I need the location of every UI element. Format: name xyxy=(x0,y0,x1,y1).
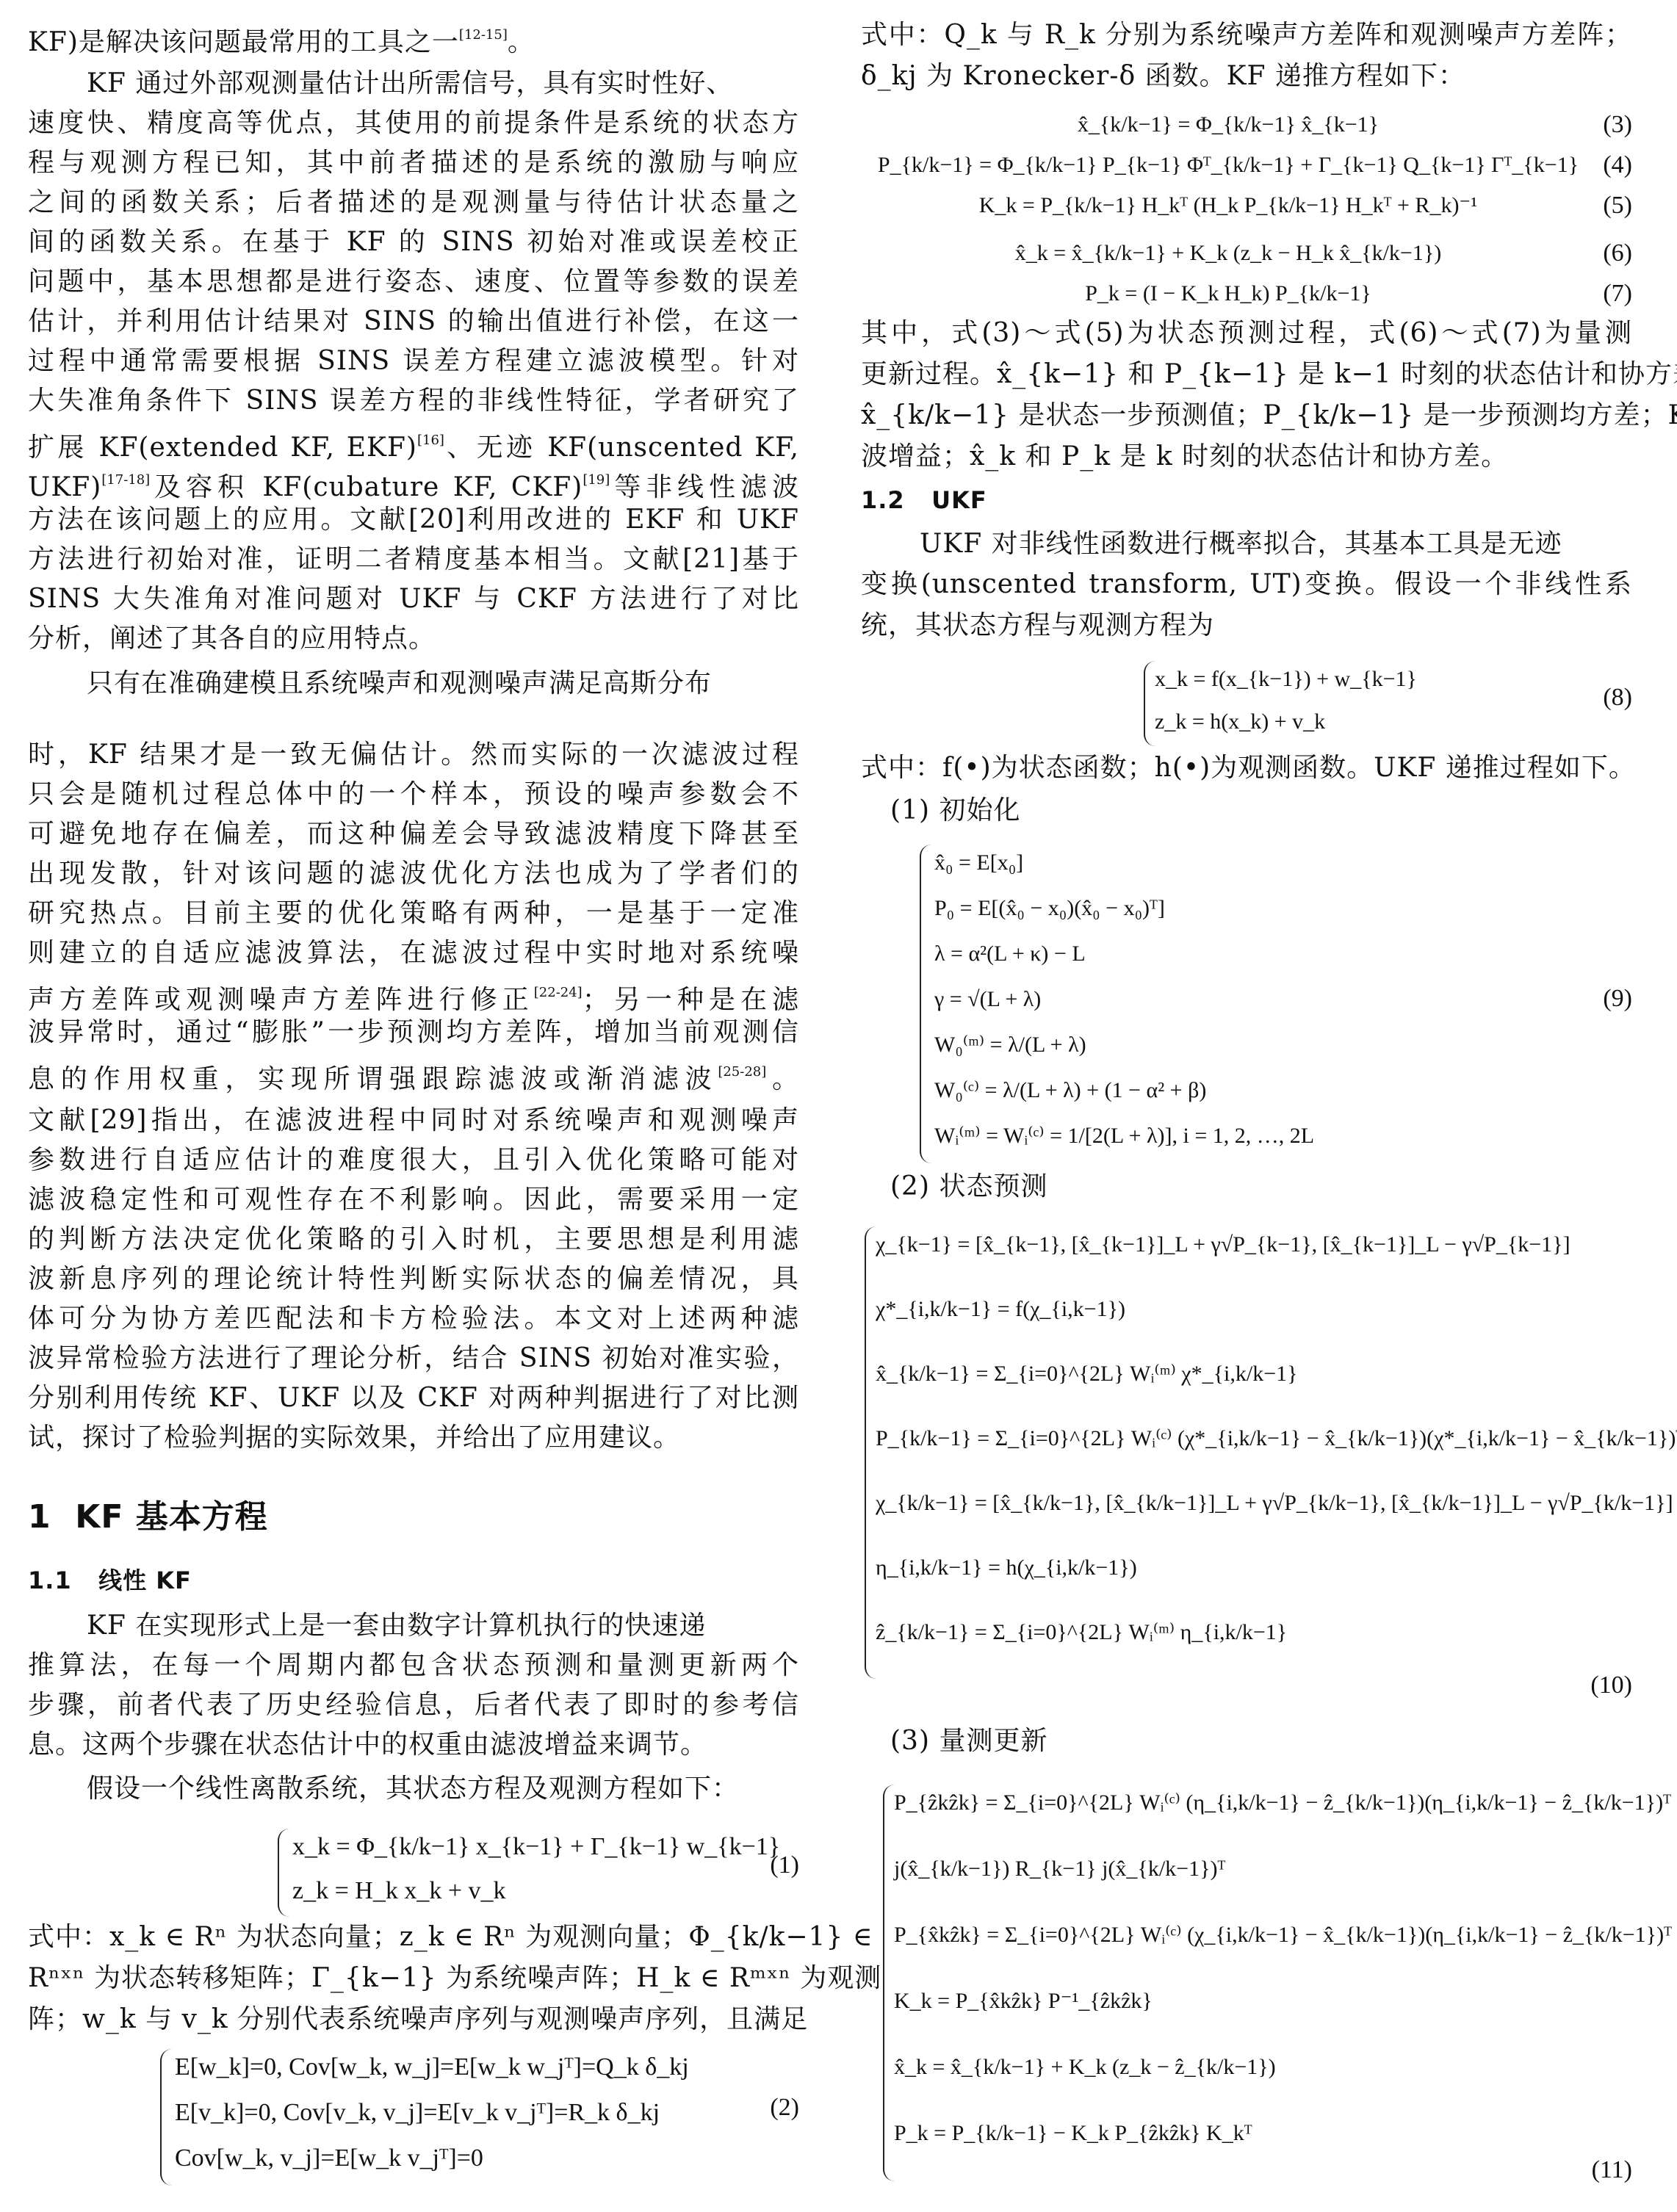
line-text: 波异常时，通过“膨胀”一步预测均方差阵，增加当前观测信 xyxy=(28,1017,799,1047)
equation-line: P_k = P_{k/k−1} − K_k P_{ẑkẑk} K_kᵀ xyxy=(894,2115,1252,2152)
equation-number: (4) xyxy=(1603,147,1632,184)
text-line: 出现发散，针对该问题的滤波优化方法也成为了学者们的 xyxy=(28,855,799,893)
section-heading: 1 KF 基本方程 xyxy=(28,1498,268,1536)
equation-line: x_k = f(x_{k−1}) + w_{k−1} xyxy=(1155,661,1417,698)
text-line: 体可分为协方差匹配法和卡方检验法。本文对上述两种滤 xyxy=(28,1300,799,1338)
text-line: 大失准角条件下 SINS 误差方程的非线性特征，学者研究了 xyxy=(28,382,799,420)
text-line: 分别利用传统 KF、UKF 以及 CKF 对两种判据进行了对比测 xyxy=(28,1379,799,1417)
line-text: 滤波稳定性和可观性存在不利影响。因此，需要采用一定 xyxy=(28,1185,799,1215)
line-text: 速度快、精度高等优点，其使用的前提条件是系统的状态方 xyxy=(28,108,799,138)
line-text: 阵；w_k 与 v_k 分别代表系统噪声序列与观测噪声序列，且满足 xyxy=(28,2004,808,2034)
equation-line: P₀ = E[(x̂₀ − x₀)(x̂₀ − x₀)ᵀ] xyxy=(934,890,1165,927)
line-text: 、无迹 KF(unscented KF, xyxy=(444,433,799,463)
equation-brace xyxy=(865,1226,876,1679)
line-text: ；另一种是在滤 xyxy=(583,985,799,1015)
text-line: 间的函数关系。在基于 KF 的 SINS 初始对准或误差校正 xyxy=(28,223,799,261)
line-text: 步骤，前者代表了历史经验信息，后者代表了即时的参考信 xyxy=(28,1690,799,1720)
line-text: 推算法，在每一个周期内都包含状态预测和量测更新两个 xyxy=(28,1650,799,1680)
equation-line: W₀⁽ᶜ⁾ = λ/(L + λ) + (1 − α² + β) xyxy=(934,1072,1206,1109)
citation: [12-15] xyxy=(459,27,508,43)
text-line: 研究热点。目前主要的优化策略有两种，一是基于一定准 xyxy=(28,894,799,933)
line-text: 的判断方法决定优化策略的引入时机，主要思想是利用滤 xyxy=(28,1224,799,1254)
text-line: 过程中通常需要根据 SINS 误差方程建立滤波模型。针对 xyxy=(28,342,799,380)
text-line: 分析，阐述了其各自的应用特点。 xyxy=(28,620,436,658)
citation: [16] xyxy=(417,433,444,448)
equation-brace xyxy=(160,2049,172,2186)
text-line: 推算法，在每一个周期内都包含状态预测和量测更新两个 xyxy=(28,1647,799,1685)
equation-line: x̂_{k/k−1} = Φ_{k/k−1} x̂_{k−1} xyxy=(861,106,1595,143)
equation-line: x_k = Φ_{k/k−1} x_{k−1} + Γ_{k−1} w_{k−1… xyxy=(292,1829,780,1865)
text-line: 波增益；x̂_k 和 P_k 是 k 时刻的状态估计和协方差。 xyxy=(861,438,1508,476)
step-label: (2) 状态预测 xyxy=(890,1168,1047,1206)
text-line: UKF 对非线性函数进行概率拟合，其基本工具是无迹 xyxy=(920,525,1632,563)
text-line: 方法在该问题上的应用。文献[20]利用改进的 EKF 和 UKF xyxy=(28,501,799,539)
line-text: 文献[29]指出，在滤波进程中同时对系统噪声和观测噪声 xyxy=(28,1105,799,1135)
equation-number: (10) xyxy=(1590,1667,1632,1704)
text-line: 方法进行初始对准，证明二者精度基本相当。文献[21]基于 xyxy=(28,541,799,579)
line-text: 波新息序列的理论统计特性判断实际状态的偏差情况，具 xyxy=(28,1264,799,1294)
equation-line: ẑ_{k/k−1} = Σ_{i=0}^{2L} Wᵢ⁽ᵐ⁾ η_{i,k/k−… xyxy=(876,1614,1287,1651)
text-line: 估计，并利用估计结果对 SINS 的输出值进行补偿，在这一 xyxy=(28,303,799,341)
subsection-title: 线性 KF xyxy=(98,1566,192,1594)
line-text: δ_kj 为 Kronecker-δ 函数。KF 递推方程如下： xyxy=(861,61,1465,91)
line-text: 式中：Q_k 与 R_k 分别为系统噪声方差阵和观测噪声方差阵； xyxy=(861,20,1632,50)
text-line: 假设一个线性离散系统，其状态方程及观测方程如下： xyxy=(87,1770,799,1808)
equation-line: x̂_k = x̂_{k/k−1} + K_k (z_k − H_k x̂_{k… xyxy=(861,235,1595,272)
equation-line: Cov[w_k, v_j]=E[w_k v_jᵀ]=0 xyxy=(175,2140,483,2177)
subsection-title: UKF xyxy=(931,486,987,514)
line-text: 其中，式(3)～式(5)为状态预测过程，式(6)～式(7)为量测 xyxy=(861,318,1632,348)
line-text: Rⁿˣⁿ 为状态转移矩阵；Γ_{k−1} 为系统噪声阵；H_k ∈ Rᵐˣⁿ 为… xyxy=(28,1963,881,1993)
text-line: 滤波稳定性和可观性存在不利影响。因此，需要采用一定 xyxy=(28,1181,799,1219)
equation-number: (2) xyxy=(770,2089,799,2126)
text-line: 声方差阵或观测噪声方差阵进行修正[22-24]；另一种是在滤 xyxy=(28,974,799,1019)
line-text: 分别利用传统 KF、UKF 以及 CKF 对两种判据进行了对比测 xyxy=(28,1383,799,1413)
text-line: 只有在准确建模且系统噪声和观测噪声满足高斯分布 xyxy=(87,665,799,703)
text-line: 步骤，前者代表了历史经验信息，后者代表了即时的参考信 xyxy=(28,1686,799,1724)
text-line: 其中，式(3)～式(5)为状态预测过程，式(6)～式(7)为量测 xyxy=(861,314,1632,353)
citation: [17-18] xyxy=(101,472,150,488)
equation-line: γ = √(L + λ) xyxy=(934,981,1041,1018)
line-text: 只会是随机过程总体中的一个样本，预设的噪声参数会不 xyxy=(28,779,799,809)
line-text: 参数进行自适应估计的难度很大，且引入优化策略可能对 xyxy=(28,1145,799,1175)
line-text: 则建立的自适应滤波算法，在滤波过程中实时地对系统噪 xyxy=(28,938,799,968)
equation-line: η_{i,k/k−1} = h(χ_{i,k/k−1}) xyxy=(876,1550,1137,1586)
line-text: SINS 大失准角对准问题对 UKF 与 CKF 方法进行了对比 xyxy=(28,584,799,614)
text-line: 扩展 KF(extended KF, EKF)[16]、无迹 KF(unscen… xyxy=(28,422,799,467)
text-line: KF 通过外部观测量估计出所需信号，具有实时性好、 xyxy=(87,65,799,103)
text-line: 式中：f(•)为状态函数；h(•)为观测函数。UKF 递推过程如下。 xyxy=(861,749,1636,787)
line-text: 体可分为协方差匹配法和卡方检验法。本文对上述两种滤 xyxy=(28,1304,799,1334)
equation-line: E[v_k]=0, Cov[v_k, v_j]=E[v_k v_jᵀ]=R_k … xyxy=(175,2094,660,2131)
equation-number: (1) xyxy=(770,1847,799,1884)
line-text: 波增益；x̂_k 和 P_k 是 k 时刻的状态估计和协方差。 xyxy=(861,441,1508,471)
equation-line: χ_{k−1} = [x̂_{k−1}, [x̂_{k−1}]_L + γ√P_… xyxy=(876,1226,1570,1263)
equation-line: W₀⁽ᵐ⁾ = λ/(L + λ) xyxy=(934,1027,1086,1063)
equation-number: (8) xyxy=(1603,679,1632,716)
citation: [25-28] xyxy=(718,1064,766,1080)
text-line: 更新过程。x̂_{k−1} 和 P_{k−1} 是 k−1 时刻的状态估计和协方… xyxy=(861,355,1632,394)
text-line: 波异常时，通过“膨胀”一步预测均方差阵，增加当前观测信 xyxy=(28,1013,799,1052)
equation-number: (3) xyxy=(1603,106,1632,143)
text-line: 波新息序列的理论统计特性判断实际状态的偏差情况，具 xyxy=(28,1260,799,1298)
line-text: 出现发散，针对该问题的滤波优化方法也成为了学者们的 xyxy=(28,859,799,889)
equation-line: z_k = h(x_k) + v_k xyxy=(1155,704,1325,740)
line-text: 扩展 KF(extended KF, EKF) xyxy=(28,433,417,463)
text-line: 息。这两个步骤在状态估计中的权重由滤波增益来调节。 xyxy=(28,1726,707,1764)
citation: [19] xyxy=(583,472,610,488)
equation-line: x̂_{k/k−1} = Σ_{i=0}^{2L} Wᵢ⁽ᵐ⁾ χ*_{i,k/… xyxy=(876,1356,1298,1392)
step-label: (3) 量测更新 xyxy=(890,1722,1047,1760)
equation-brace xyxy=(278,1829,289,1917)
line-text: 方法在该问题上的应用。文献[20]利用改进的 EKF 和 UKF xyxy=(28,505,799,535)
equation-line: P_{k/k−1} = Φ_{k/k−1} P_{k−1} Φᵀ_{k/k−1}… xyxy=(861,147,1595,184)
text-line: 阵；w_k 与 v_k 分别代表系统噪声序列与观测噪声序列，且满足 xyxy=(28,2000,799,2039)
subsection-heading: 1.2 UKF xyxy=(861,481,987,519)
text-line: 的判断方法决定优化策略的引入时机，主要思想是利用滤 xyxy=(28,1221,799,1259)
line-text: 只有在准确建模且系统噪声和观测噪声满足高斯分布 xyxy=(87,668,712,698)
text-line: 式中：Q_k 与 R_k 分别为系统噪声方差阵和观测噪声方差阵； xyxy=(861,16,1632,54)
text-line: 统，其状态方程与观测方程为 xyxy=(861,607,1214,645)
line-text: 式中：x_k ∈ Rⁿ 为状态向量；z_k ∈ Rⁿ 为观测向量；Φ_{k/k−… xyxy=(28,1922,873,1952)
line-text: 等非线性滤波 xyxy=(610,472,799,502)
equation-line: K_k = P_{x̂kẑk} P⁻¹_{ẑkẑk} xyxy=(894,1983,1153,2020)
equation-brace xyxy=(1144,661,1155,746)
line-text: 统，其状态方程与观测方程为 xyxy=(861,610,1214,640)
equation-line: P_k = (I − K_k H_k) P_{k/k−1} xyxy=(861,275,1595,312)
text-line: SINS 大失准角对准问题对 UKF 与 CKF 方法进行了对比 xyxy=(28,580,799,618)
line-text: KF 在实现形式上是一套由数字计算机执行的快速递 xyxy=(87,1611,706,1641)
line-text: 分析，阐述了其各自的应用特点。 xyxy=(28,624,436,654)
equation-line: K_k = P_{k/k−1} H_kᵀ (H_k P_{k/k−1} H_kᵀ… xyxy=(861,187,1595,224)
equation-number: (7) xyxy=(1603,275,1632,312)
equation-line: P_{k/k−1} = Σ_{i=0}^{2L} Wᵢ⁽ᶜ⁾ (χ*_{i,k/… xyxy=(876,1420,1677,1457)
text-line: 速度快、精度高等优点，其使用的前提条件是系统的状态方 xyxy=(28,104,799,142)
text-line: 文献[29]指出，在滤波进程中同时对系统噪声和观测噪声 xyxy=(28,1102,799,1140)
line-text: 假设一个线性离散系统，其状态方程及观测方程如下： xyxy=(87,1774,739,1804)
subsection-number: 1.1 xyxy=(28,1566,72,1594)
text-line: 变换(unscented transform, UT)变换。假设一个非线性系 xyxy=(861,565,1632,604)
line-text: KF 通过外部观测量估计出所需信号，具有实时性好、 xyxy=(87,68,733,98)
line-text: 息。这两个步骤在状态估计中的权重由滤波增益来调节。 xyxy=(28,1730,707,1760)
equation-brace xyxy=(920,845,931,1163)
line-text: KF)是解决该问题最常用的工具之一 xyxy=(28,27,459,57)
text-line: 只会是随机过程总体中的一个样本，预设的噪声参数会不 xyxy=(28,776,799,814)
line-text: 可避免地存在偏差，而这种偏差会导致滤波精度下降甚至 xyxy=(28,819,799,849)
line-text: 方法进行初始对准，证明二者精度基本相当。文献[21]基于 xyxy=(28,544,799,574)
equation-line: λ = α²(L + κ) − L xyxy=(934,936,1086,972)
line-text: 息的作用权重，实现所谓强跟踪滤波或渐消滤波 xyxy=(28,1064,718,1094)
text-line: 程与观测方程已知，其中前者描述的是系统的激励与响应 xyxy=(28,144,799,182)
line-text: 变换(unscented transform, UT)变换。假设一个非线性系 xyxy=(861,569,1632,599)
text-line: 之间的函数关系；后者描述的是观测量与待估计状态量之 xyxy=(28,184,799,222)
equation-line: P_{x̂kẑk} = Σ_{i=0}^{2L} Wᵢ⁽ᶜ⁾ (χ_{i,k/k… xyxy=(894,1917,1672,1953)
text-line: 息的作用权重，实现所谓强跟踪滤波或渐消滤波[25-28]。 xyxy=(28,1053,799,1099)
line-text: 。 xyxy=(766,1064,799,1094)
text-line: 时，KF 结果才是一致无偏估计。然而实际的一次滤波过程 xyxy=(28,736,799,774)
line-text: 试，探讨了检验判据的实际效果，并给出了应用建议。 xyxy=(28,1423,680,1453)
equation-line: χ_{k/k−1} = [x̂_{k/k−1}, [x̂_{k/k−1}]_L … xyxy=(876,1485,1673,1522)
equation-number: (9) xyxy=(1603,980,1632,1017)
text-line: 试，探讨了检验判据的实际效果，并给出了应用建议。 xyxy=(28,1419,680,1457)
line-text: 过程中通常需要根据 SINS 误差方程建立滤波模型。针对 xyxy=(28,346,799,376)
line-text: 大失准角条件下 SINS 误差方程的非线性特征，学者研究了 xyxy=(28,386,799,416)
line-text: 估计，并利用估计结果对 SINS 的输出值进行补偿，在这一 xyxy=(28,306,799,336)
line-text: x̂_{k/k−1} 是状态一步预测值；P_{k/k−1} 是一步预测均方差；K… xyxy=(861,400,1677,430)
text-line: UKF)[17-18]及容积 KF(cubature KF, CKF)[19]等… xyxy=(28,461,799,507)
equation-line: P_{ẑkẑk} = Σ_{i=0}^{2L} Wᵢ⁽ᶜ⁾ (η_{i,k/k−… xyxy=(894,1785,1677,1821)
text-line: 波异常检验方法进行了理论分析，结合 SINS 初始对准实验， xyxy=(28,1340,799,1378)
subsection-number: 1.2 xyxy=(861,486,905,514)
equation-line: z_k = H_k x_k + v_k xyxy=(292,1873,506,1909)
text-line: 式中：x_k ∈ Rⁿ 为状态向量；z_k ∈ Rⁿ 为观测向量；Φ_{k/k−… xyxy=(28,1918,799,1956)
line-text: 程与观测方程已知，其中前者描述的是系统的激励与响应 xyxy=(28,148,799,178)
text-line: x̂_{k/k−1} 是状态一步预测值；P_{k/k−1} 是一步预测均方差；K… xyxy=(861,397,1632,435)
text-line: 问题中，基本思想都是进行姿态、速度、位置等参数的误差 xyxy=(28,263,799,301)
line-text: UKF) xyxy=(28,472,101,502)
equation-line: j(x̂_{k/k−1}) R_{k−1} j(x̂_{k/k−1})ᵀ xyxy=(894,1851,1225,1887)
equation-line: x̂_k = x̂_{k/k−1} + K_k (z_k − ẑ_{k/k−1}… xyxy=(894,2049,1276,2086)
line-text: 间的函数关系。在基于 KF 的 SINS 初始对准或误差校正 xyxy=(28,227,799,257)
section-number: 1 xyxy=(28,1498,51,1536)
line-text: 波异常检验方法进行了理论分析，结合 SINS 初始对准实验， xyxy=(28,1343,799,1373)
equation-number: (5) xyxy=(1603,187,1632,224)
step-label: (1) 初始化 xyxy=(890,792,1020,830)
equation-line: x̂₀ = E[x₀] xyxy=(934,845,1023,881)
text-line: 则建立的自适应滤波算法，在滤波过程中实时地对系统噪 xyxy=(28,934,799,972)
subsection-heading: 1.1 线性 KF xyxy=(28,1561,192,1600)
line-text: 问题中，基本思想都是进行姿态、速度、位置等参数的误差 xyxy=(28,267,799,297)
equation-number: (11) xyxy=(1592,2152,1632,2188)
line-text: UKF 对非线性函数进行概率拟合，其基本工具是无迹 xyxy=(920,529,1562,559)
line-text: 声方差阵或观测噪声方差阵进行修正 xyxy=(28,985,534,1015)
text-line: δ_kj 为 Kronecker-δ 函数。KF 递推方程如下： xyxy=(861,57,1465,95)
line-text: 研究热点。目前主要的优化策略有两种，一是基于一定准 xyxy=(28,898,799,928)
citation: [22-24] xyxy=(534,985,583,1000)
text-line: KF 在实现形式上是一套由数字计算机执行的快速递 xyxy=(87,1607,799,1645)
equation-number: (6) xyxy=(1603,235,1632,272)
text-line: 参数进行自适应估计的难度很大，且引入优化策略可能对 xyxy=(28,1141,799,1179)
section-title: KF 基本方程 xyxy=(75,1498,267,1536)
text-line: Rⁿˣⁿ 为状态转移矩阵；Γ_{k−1} 为系统噪声阵；H_k ∈ Rᵐˣⁿ 为… xyxy=(28,1959,799,1998)
equation-brace xyxy=(883,1785,895,2181)
line-text: 。 xyxy=(508,27,535,57)
line-text: 更新过程。x̂_{k−1} 和 P_{k−1} 是 k−1 时刻的状态估计和协方… xyxy=(861,359,1677,389)
line-text: 时，KF 结果才是一致无偏估计。然而实际的一次滤波过程 xyxy=(28,740,799,770)
text-line: 可避免地存在偏差，而这种偏差会导致滤波精度下降甚至 xyxy=(28,815,799,853)
equation-line: χ*_{i,k/k−1} = f(χ_{i,k−1}) xyxy=(876,1291,1125,1328)
equation-line: Wᵢ⁽ᵐ⁾ = Wᵢ⁽ᶜ⁾ = 1/[2(L + λ)], i = 1, 2, … xyxy=(934,1118,1314,1154)
equation-line: E[w_k]=0, Cov[w_k, w_j]=E[w_k w_jᵀ]=Q_k … xyxy=(175,2049,689,2086)
line-text: 之间的函数关系；后者描述的是观测量与待估计状态量之 xyxy=(28,187,799,217)
text-line: KF)是解决该问题最常用的工具之一[12-15]。 xyxy=(28,16,535,62)
line-text: 及容积 KF(cubature KF, CKF) xyxy=(150,472,583,502)
